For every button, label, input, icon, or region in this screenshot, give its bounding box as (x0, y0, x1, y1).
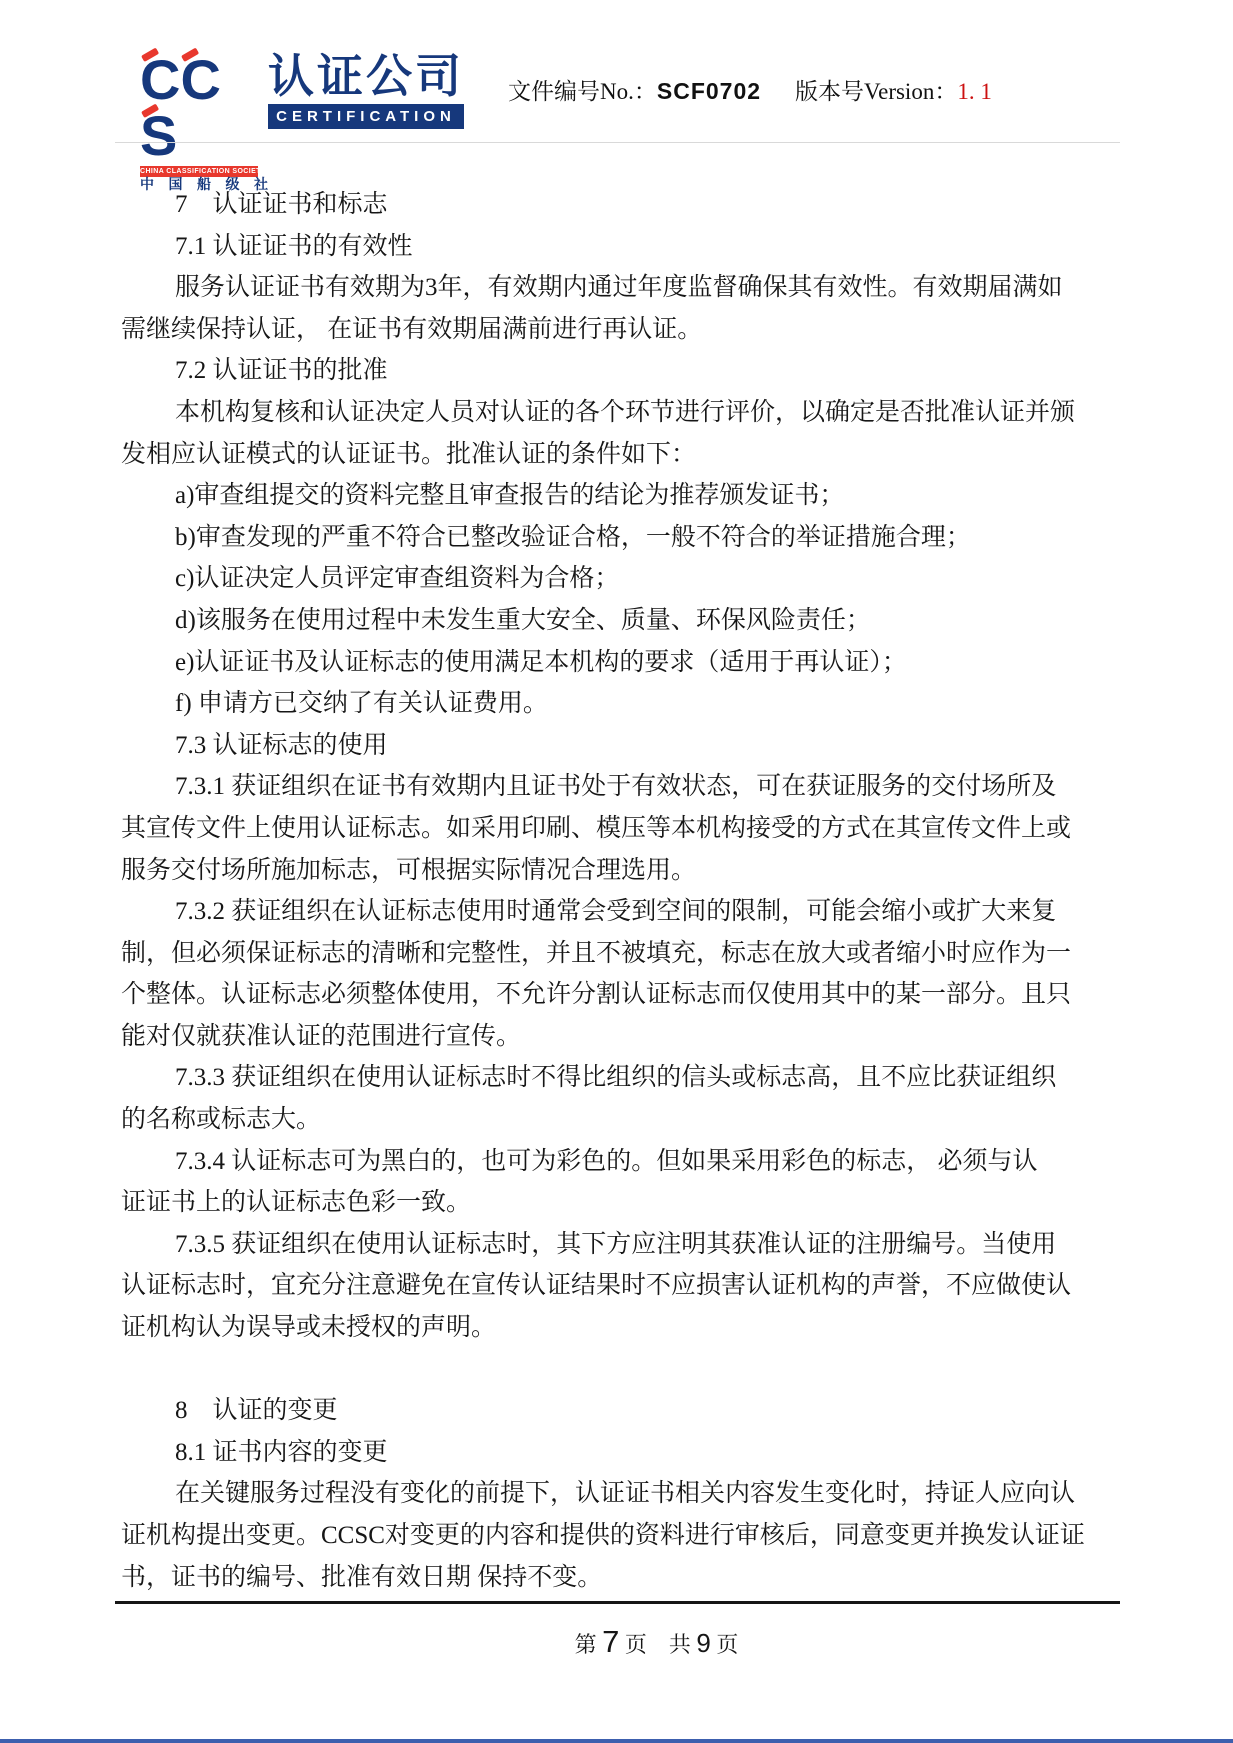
document-line: 7.1 认证证书的有效性 (121, 226, 1121, 268)
ccs-logo-right: 认证公司 CERTIFICATION (268, 52, 464, 129)
document-line: 证机构提出变更。CCSC对变更的内容和提供的资料进行审核后，同意变更并换发认证证 (121, 1515, 1121, 1557)
total-label-suffix: 页 (711, 1632, 739, 1657)
document-line: 本机构复核和认证决定人员对认证的各个环节进行评价，以确定是否批准认证并颁 (121, 392, 1121, 434)
page-label-suffix: 页 (619, 1632, 647, 1657)
ccs-wordmark: CCS (140, 52, 258, 164)
document-line: 服务认证证书有效期为3年，有效期内通过年度监督确保其有效性。有效期届满如 (121, 267, 1121, 309)
footer-divider (115, 1601, 1120, 1604)
document-line: 服务交付场所施加标志，可根据实际情况合理选用。 (121, 850, 1121, 892)
document-line: 7.3 认证标志的使用 (121, 725, 1121, 767)
document-line: 能对仅就获准认证的范围进行宣传。 (121, 1016, 1121, 1058)
document-page: CCS CHINA CLASSIFICATION SOCIETY 中 国 船 级… (0, 0, 1233, 1743)
total-label-prefix: 共 (669, 1632, 697, 1657)
document-line: 7.3.1 获证组织在证书有效期内且证书处于有效状态，可在获证服务的交付场所及 (121, 766, 1121, 808)
document-line: 认证标志时，宜充分注意避免在宣传认证结果时不应损害认证机构的声誉，不应做使认 (121, 1265, 1121, 1307)
document-body: 7 认证证书和标志7.1 认证证书的有效性服务认证证书有效期为3年，有效期内通过… (121, 184, 1121, 1598)
document-line: 需继续保持认证， 在证书有效期届满前进行再认证。 (121, 309, 1121, 351)
page-number: 7 (602, 1624, 619, 1659)
blank-line (121, 1349, 1121, 1391)
ccs-logo: CCS CHINA CLASSIFICATION SOCIETY 中 国 船 级… (140, 52, 464, 194)
ccs-letter-s: S (140, 108, 177, 164)
document-line: 7.3.3 获证组织在使用认证标志时不得比组织的信头或标志高，且不应比获证组织 (121, 1057, 1121, 1099)
doc-number-label: 文件编号No.： (508, 79, 657, 104)
document-line: 证机构认为误导或未授权的声明。 (121, 1307, 1121, 1349)
document-line: b)审查发现的严重不符合已整改验证合格，一般不符合的举证措施合理； (121, 517, 1121, 559)
scan-edge-artifact (0, 1739, 1233, 1743)
certification-bar: CERTIFICATION (268, 104, 464, 129)
document-meta: 文件编号No.：SCF0702版本号Version：1. 1 (508, 76, 992, 107)
ccs-letter-c1: C (140, 52, 180, 108)
document-line: 7.3.2 获证组织在认证标志使用时通常会受到空间的限制，可能会缩小或扩大来复 (121, 891, 1121, 933)
document-line: c)认证决定人员评定审查组资料为合格； (121, 558, 1121, 600)
total-pages-number: 9 (696, 1628, 710, 1658)
document-line: d)该服务在使用过程中未发生重大安全、质量、环保风险责任； (121, 600, 1121, 642)
document-line: 发相应认证模式的认证证书。批准认证的条件如下： (121, 434, 1121, 476)
page-label-prefix: 第 (575, 1632, 603, 1657)
footer-separator (647, 1632, 669, 1657)
document-line: 个整体。认证标志必须整体使用，不允许分割认证标志而仅使用其中的某一部分。且只 (121, 974, 1121, 1016)
document-line: 7.3.4 认证标志可为黑白的，也可为彩色的。但如果采用彩色的标志， 必须与认 (121, 1141, 1121, 1183)
document-line: 其宣传文件上使用认证标志。如采用印刷、模压等本机构接受的方式在其宣传文件上或 (121, 808, 1121, 850)
ccs-logo-left: CCS CHINA CLASSIFICATION SOCIETY 中 国 船 级… (140, 52, 258, 194)
document-line: e)认证证书及认证标志的使用满足本机构的要求（适用于再认证）； (121, 642, 1121, 684)
document-line: f) 申请方已交纳了有关认证费用。 (121, 683, 1121, 725)
company-name-cn: 认证公司 (268, 52, 464, 102)
document-line: 8.1 证书内容的变更 (121, 1432, 1121, 1474)
version-value: 1. 1 (957, 79, 992, 104)
page-footer: 第 7 页 共 9 页 (0, 1620, 1233, 1667)
document-line: 7.2 认证证书的批准 (121, 350, 1121, 392)
doc-number-value: SCF0702 (657, 78, 761, 104)
document-line: 8 认证的变更 (121, 1390, 1121, 1432)
document-line: 的名称或标志大。 (121, 1099, 1121, 1141)
header-divider (115, 142, 1120, 143)
ccs-letter-c2: C (180, 52, 220, 108)
society-en-bar: CHINA CLASSIFICATION SOCIETY (140, 166, 258, 177)
document-line: 证证书上的认证标志色彩一致。 (121, 1182, 1121, 1224)
document-line: a)审查组提交的资料完整且审查报告的结论为推荐颁发证书； (121, 475, 1121, 517)
document-line: 书，证书的编号、批准有效日期 保持不变。 (121, 1557, 1121, 1599)
version-label: 版本号Version： (795, 79, 957, 104)
document-line: 在关键服务过程没有变化的前提下，认证证书相关内容发生变化时，持证人应向认 (121, 1473, 1121, 1515)
document-line: 7.3.5 获证组织在使用认证标志时，其下方应注明其获准认证的注册编号。当使用 (121, 1224, 1121, 1266)
document-line: 7 认证证书和标志 (121, 184, 1121, 226)
document-line: 制，但必须保证标志的清晰和完整性，并且不被填充，标志在放大或者缩小时应作为一 (121, 933, 1121, 975)
